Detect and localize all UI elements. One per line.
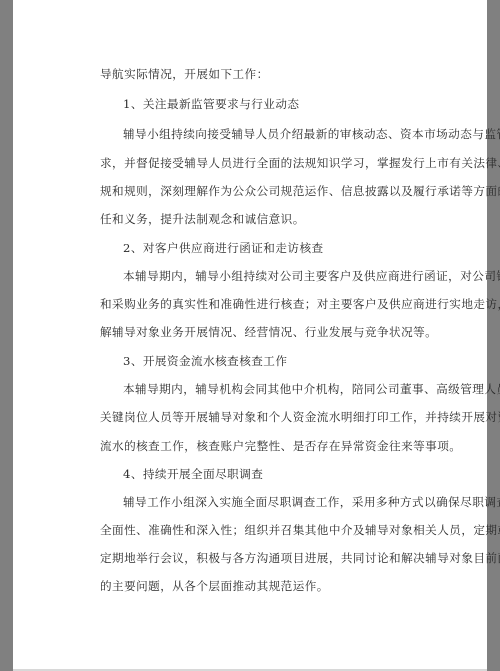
paragraph-line: 全面性、准确性和深入性；组织并召集其他中介及辅导对象相关人员，定期或不 <box>100 522 500 538</box>
paragraph-line: 定期地举行会议，积极与各方沟通项目进展，共同讨论和解决辅导对象目前面临 <box>100 550 500 566</box>
document-page: 导航实际情况，开展如下工作： 1、关注最新监管要求与行业动态 辅导小组持续向接受… <box>13 0 487 669</box>
paragraph-line: 辅导小组持续向接受辅导人员介绍最新的审核动态、资本市场动态与监管要 <box>100 126 500 142</box>
paragraph-line: 规和规则，深刻理解作为公众公司规范运作、信息披露以及履行承诺等方面的责 <box>100 183 500 199</box>
paragraph-line: 辅导工作小组深入实施全面尽职调查工作，采用多种方式以确保尽职调查的 <box>100 494 500 510</box>
paragraph-line: 导航实际情况，开展如下工作： <box>100 66 269 82</box>
subheading-4: 4、持续开展全面尽职调查 <box>100 466 263 482</box>
paragraph-line: 流水的核查工作，核查账户完整性、是否存在异常资金往来等事项。 <box>100 438 461 454</box>
paragraph-line: 求，并督促接受辅导人员进行全面的法规知识学习，掌握发行上市有关法律、法 <box>100 155 500 171</box>
paragraph-line: 本辅导期内，辅导机构会同其他中介机构，陪同公司董事、高级管理人员和 <box>100 381 500 397</box>
paragraph-line: 任和义务，提升法制观念和诚信意识。 <box>100 211 305 227</box>
paragraph-line: 解辅导对象业务开展情况、经营情况、行业发展与竞争状况等。 <box>100 324 437 340</box>
subheading-2: 2、对客户供应商进行函证和走访核查 <box>100 240 324 256</box>
paragraph-line: 关键岗位人员等开展辅导对象和个人资金流水明细打印工作，并持续开展对资金 <box>100 409 500 425</box>
subheading-1: 1、关注最新监管要求与行业动态 <box>100 96 299 112</box>
paragraph-line: 的主要问题，从各个层面推动其规范运作。 <box>100 578 329 594</box>
paragraph-line: 本辅导期内，辅导小组持续对公司主要客户及供应商进行函证，对公司销售 <box>100 268 500 284</box>
paragraph-line: 和采购业务的真实性和准确性进行核查；对主要客户及供应商进行实地走访，了 <box>100 296 500 312</box>
subheading-3: 3、开展资金流水核查核查工作 <box>100 353 287 369</box>
